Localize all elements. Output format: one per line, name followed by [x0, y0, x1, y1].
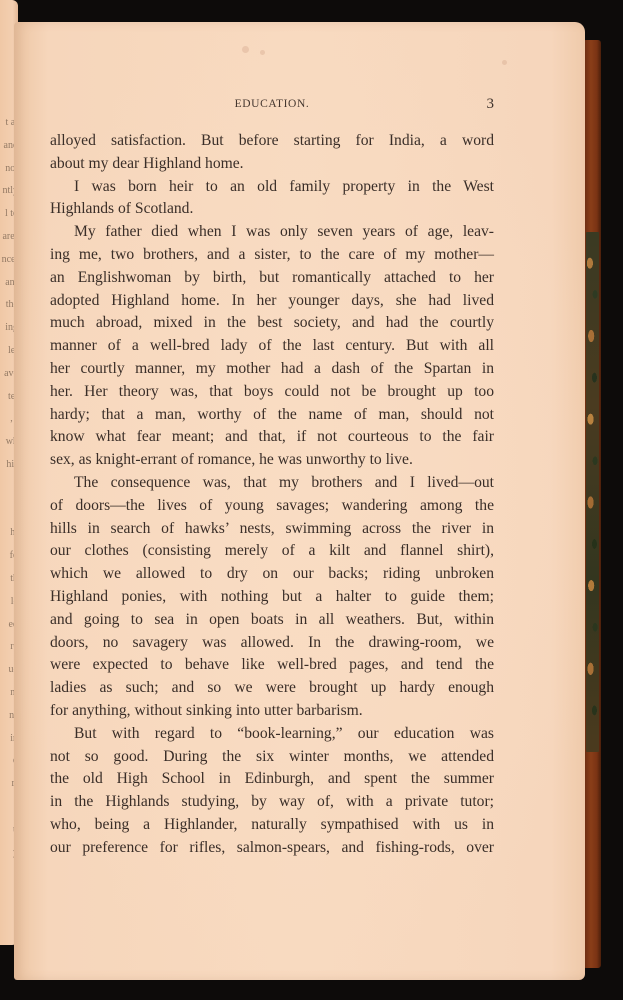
text-line: of doors—the lives of young savages; wan… — [50, 495, 494, 518]
body-text: alloyed satisfaction. But before startin… — [50, 130, 494, 860]
text-line: hills in search of hawks’ nests, swimmin… — [50, 518, 494, 541]
text-line: The consequence was, that my brothers an… — [50, 472, 494, 495]
marbled-board — [586, 232, 599, 752]
text-line: were expected to behave like well-bred p… — [50, 654, 494, 677]
text-line: much abroad, mixed in the best society, … — [50, 312, 494, 335]
page-content: EDUCATION. 3 alloyed satisfaction. But b… — [50, 96, 494, 860]
text-line: manner of a well-bred lady of the last c… — [50, 335, 494, 358]
text-line: not so good. During the six winter month… — [50, 746, 494, 769]
text-line: our preference for rifles, salmon-spears… — [50, 837, 494, 860]
text-line: her courtly manner, my mother had a dash… — [50, 358, 494, 381]
text-line: doors, no savagery was allowed. In the d… — [50, 632, 494, 655]
text-line: adopted Highland home. In her younger da… — [50, 290, 494, 313]
text-line: an Englishwoman by birth, but romantical… — [50, 267, 494, 290]
text-line: But with regard to “book-learning,” our … — [50, 723, 494, 746]
foxing-spot — [260, 50, 265, 55]
running-title: EDUCATION. — [50, 98, 494, 110]
text-line: her. Her theory was, that boys could not… — [50, 381, 494, 404]
text-line: in the Highlands studying, by way of, wi… — [50, 791, 494, 814]
text-line: our clothes (consisting merely of a kilt… — [50, 540, 494, 563]
text-line: who, being a Highlander, naturally sympa… — [50, 814, 494, 837]
book-photo: t atandnotntlyl toare-nce,an-theinglelav… — [0, 0, 623, 1000]
text-line: I was born heir to an old family propert… — [50, 176, 494, 199]
page-number: 3 — [487, 96, 495, 113]
text-line: My father died when I was only seven yea… — [50, 221, 494, 244]
paragraph: The consequence was, that my brothers an… — [50, 472, 494, 723]
text-line: know what fear meant; and that, if not c… — [50, 426, 494, 449]
text-line: hardy; that a man, worthy of the name of… — [50, 404, 494, 427]
text-line: and going to sea in open boats in all we… — [50, 609, 494, 632]
text-line: for anything, without sinking into utter… — [50, 700, 494, 723]
book-page: EDUCATION. 3 alloyed satisfaction. But b… — [14, 22, 585, 980]
text-line: the old High School in Edinburgh, and sp… — [50, 768, 494, 791]
text-line: sex, as knight-errant of romance, he was… — [50, 449, 494, 472]
running-head: EDUCATION. 3 — [50, 96, 494, 116]
paragraph: I was born heir to an old family propert… — [50, 176, 494, 222]
text-line: ing me, two brothers, and a sister, to t… — [50, 244, 494, 267]
paragraph: But with regard to “book-learning,” our … — [50, 723, 494, 860]
paragraph: alloyed satisfaction. But before startin… — [50, 130, 494, 176]
text-line: about my dear Highland home. — [50, 153, 494, 176]
paragraph: My father died when I was only seven yea… — [50, 221, 494, 472]
foxing-spot — [502, 60, 507, 65]
text-line: which we allowed to dry on our backs; ri… — [50, 563, 494, 586]
text-line: ladies as such; and so we were brought u… — [50, 677, 494, 700]
text-line: Highland ponies, with nothing but a halt… — [50, 586, 494, 609]
text-line: alloyed satisfaction. But before startin… — [50, 130, 494, 153]
foxing-spot — [242, 46, 249, 53]
text-line: Highlands of Scotland. — [50, 198, 494, 221]
